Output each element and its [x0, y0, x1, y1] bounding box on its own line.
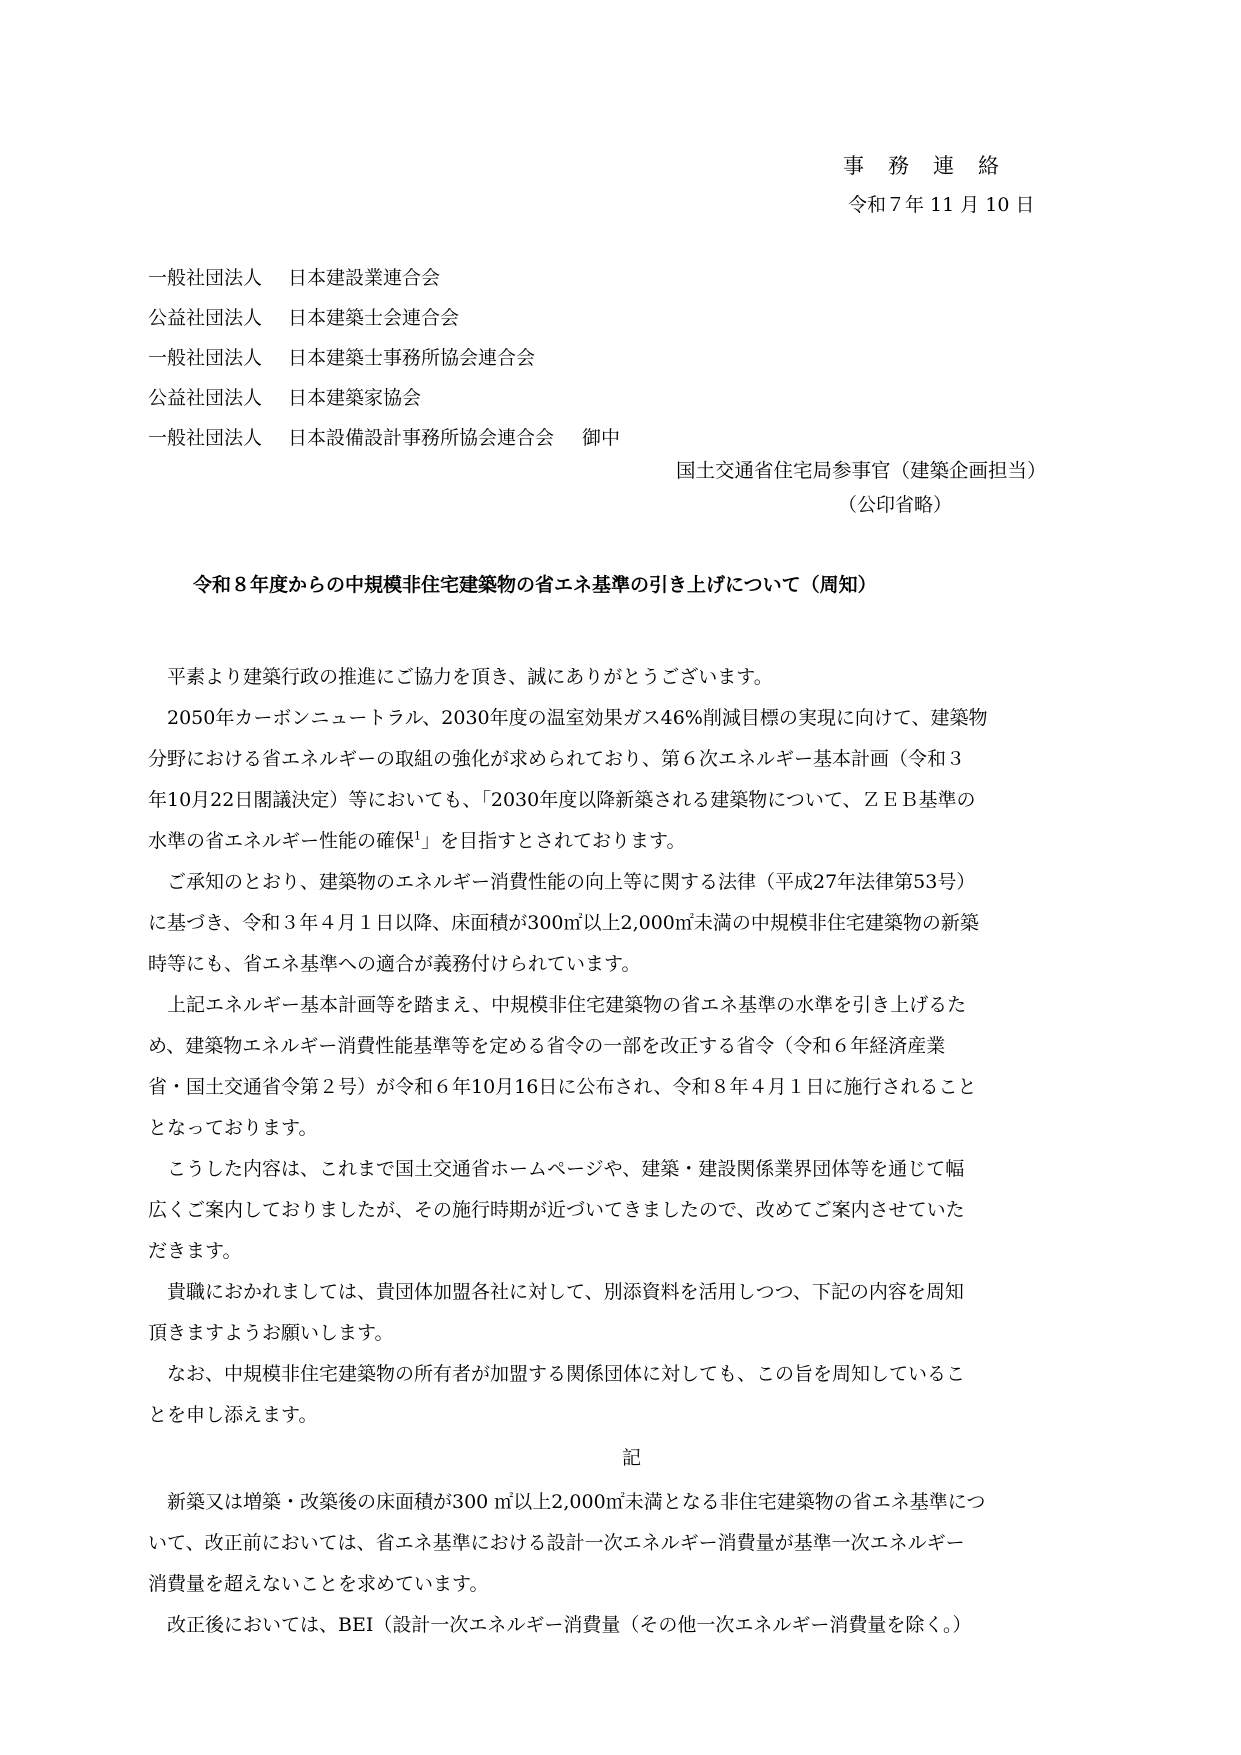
body-line: となっております。	[148, 1113, 317, 1140]
body-line: 分野における省エネルギーの取組の強化が求められており、第６次エネルギー基本計画（…	[148, 744, 965, 771]
addressee-org-type: 一般社団法人	[148, 263, 288, 290]
addressee-org-type: 一般社団法人	[148, 423, 288, 450]
body-line: 2050年カーボンニュートラル、2030年度の温室効果ガス46%削減目標の実現に…	[148, 703, 987, 730]
body-line: だきます。	[148, 1236, 241, 1263]
addressee-honorific: 御中	[582, 427, 620, 449]
body-line: こうした内容は、これまで国土交通省ホームページや、建築・建設関係業界団体等を通じ…	[148, 1154, 964, 1181]
addressee-item: 一般社団法人日本建築士事務所協会連合会	[148, 343, 535, 370]
body-line: 広くご案内しておりましたが、その施行時期が近づいてきましたので、改めてご案内させ…	[148, 1195, 965, 1222]
body-line-text: 」を目指すとされております。	[421, 830, 685, 852]
body-line: なお、中規模非住宅建築物の所有者が加盟する関係団体に対しても、この旨を周知してい…	[148, 1359, 965, 1386]
addressee-item: 公益社団法人日本建築士会連合会	[148, 303, 459, 330]
body-line: とを申し添えます。	[148, 1400, 317, 1427]
seal-note: （公印省略）	[838, 490, 952, 517]
body-line: 上記エネルギー基本計画等を踏まえ、中規模非住宅建築物の省エネ基準の水準を引き上げ…	[148, 990, 966, 1017]
detail-line: 消費量を超えないことを求めています。	[148, 1569, 488, 1596]
detail-line: 新築又は増築・改築後の床面積が300 ㎡以上2,000㎡未満となる非住宅建築物の…	[148, 1487, 985, 1514]
body-line: ご承知のとおり、建築物のエネルギー消費性能の向上等に関する法律（平成27年法律第…	[148, 867, 975, 894]
document-title: 令和８年度からの中規模非住宅建築物の省エネ基準の引き上げについて（周知）	[193, 570, 877, 597]
body-line-text: 水準の省エネルギー性能の確保	[148, 830, 414, 852]
addressee-item: 公益社団法人日本建築家協会	[148, 383, 421, 410]
body-line: 時等にも、省エネ基準への適合が義務付けられています。	[148, 949, 640, 976]
ki-heading: 記	[622, 1443, 641, 1470]
addressee-item: 一般社団法人日本建設業連合会	[148, 263, 440, 290]
addressee-org-type: 公益社団法人	[148, 383, 288, 410]
addressee-org-type: 一般社団法人	[148, 343, 288, 370]
body-line: 省・国土交通省令第２号）が令和６年10月16日に公布され、令和８年４月１日に施行…	[148, 1072, 977, 1099]
addressee-item: 一般社団法人日本設備設計事務所協会連合会御中	[148, 423, 620, 450]
detail-line: いて、改正前においては、省エネ基準における設計一次エネルギー消費量が基準一次エネ…	[148, 1528, 965, 1555]
body-line: 貴職におかれましては、貴団体加盟各社に対して、別添資料を活用しつつ、下記の内容を…	[148, 1277, 964, 1304]
body-line: 水準の省エネルギー性能の確保1」を目指すとされております。	[148, 826, 686, 853]
body-line: 年10月22日閣議決定）等においても、「2030年度以降新築される建築物について…	[148, 785, 975, 812]
document-type-label: 事務連絡	[843, 150, 1023, 180]
body-line: 平素より建築行政の推進にご協力を頂き、誠にありがとうございます。	[148, 662, 773, 689]
addressee-name: 日本設備設計事務所協会連合会	[288, 427, 554, 449]
body-line: に基づき、令和３年４月１日以降、床面積が300㎡以上2,000㎡未満の中規模非住…	[148, 908, 979, 935]
body-line: 頂きますようお願いします。	[148, 1318, 393, 1345]
document-date: 令和７年 11 月 10 日	[848, 190, 1035, 217]
footnote-marker[interactable]: 1	[414, 830, 421, 843]
addressee-name: 日本建築士事務所協会連合会	[288, 347, 535, 369]
addressee-name: 日本建設業連合会	[288, 267, 440, 289]
body-line: め、建築物エネルギー消費性能基準等を定める省令の一部を改正する省令（令和６年経済…	[148, 1031, 945, 1058]
detail-line: 改正後においては、BEI（設計一次エネルギー消費量（その他一次エネルギー消費量を…	[148, 1610, 971, 1637]
addressee-name: 日本建築家協会	[288, 387, 421, 409]
addressee-org-type: 公益社団法人	[148, 303, 288, 330]
addressee-name: 日本建築士会連合会	[288, 307, 459, 329]
sender-name: 国土交通省住宅局参事官（建築企画担当）	[676, 455, 1047, 483]
